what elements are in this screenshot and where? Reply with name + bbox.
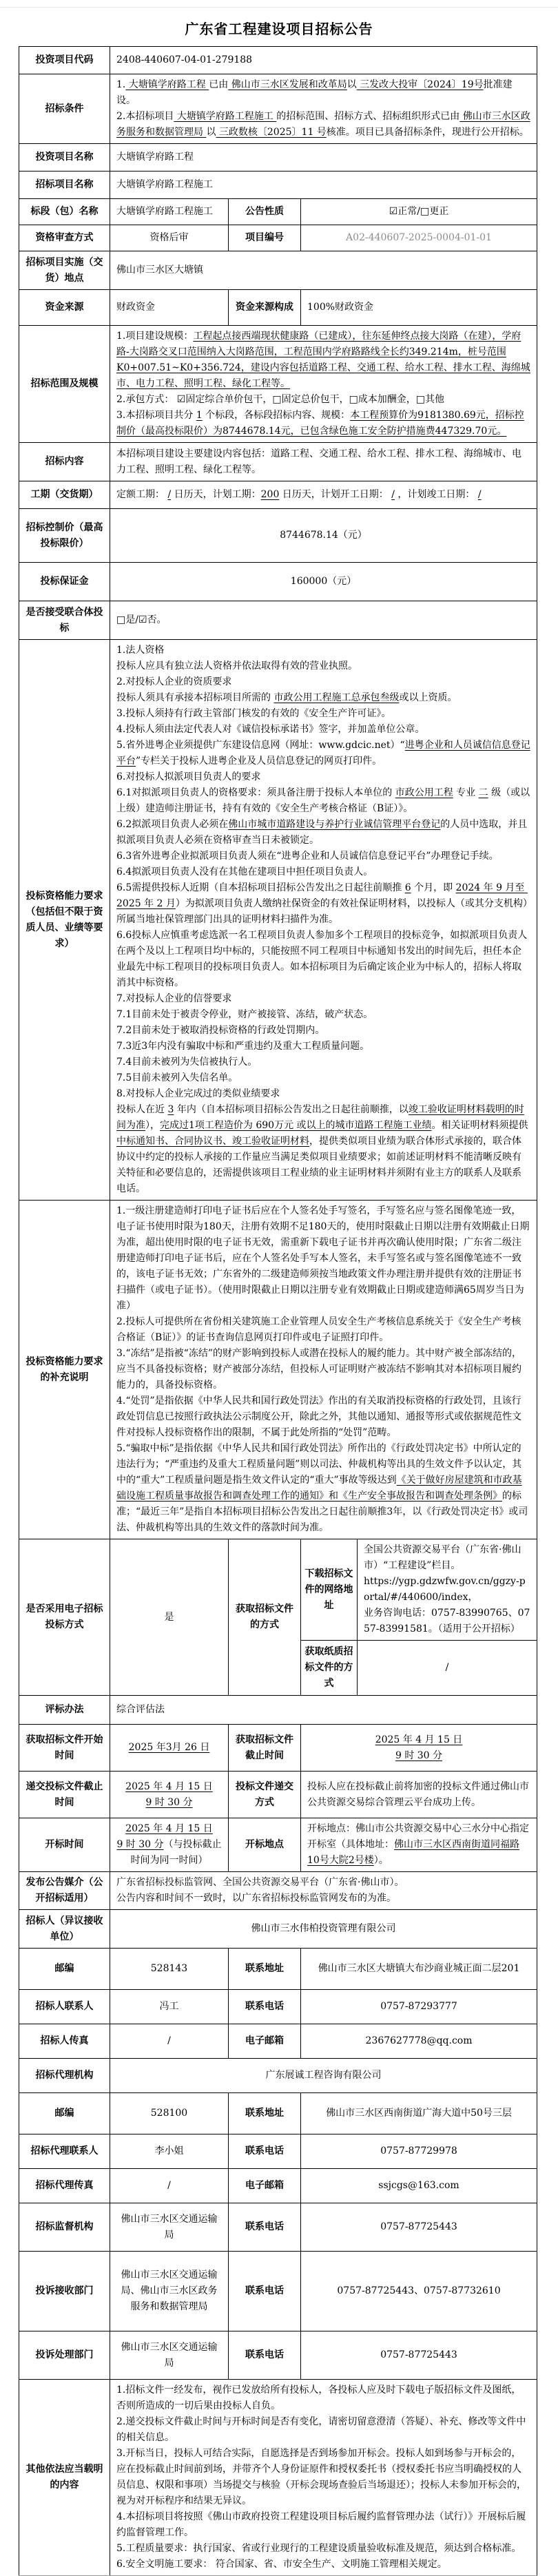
- value-announcement-nature: ☑正常/□更正: [301, 199, 537, 225]
- row-supervision: 招标监督机构 佛山市三水区交通运输局 联系电话 0757-87725443: [19, 2203, 537, 2252]
- label-qualification-method: 资格审查方式: [19, 225, 110, 251]
- label-submission-method: 投标文件递交方式: [229, 1772, 301, 1818]
- label-tender-content: 招标内容: [19, 443, 110, 481]
- value-electronic-bidding: 是: [110, 1539, 229, 1696]
- label-supervision-phone: 联系电话: [229, 2203, 301, 2252]
- value-project-number: A02-440607-2025-0004-01-01: [301, 225, 537, 251]
- label-doc-obtain-start: 获取招标文件开始时间: [19, 1725, 110, 1772]
- row-tender-conditions: 招标条件 1. 大塘镇学府路工程 已由 佛山市三水区发展和改革局以 三发改大投审…: [19, 74, 537, 144]
- row-investment-project-name: 投资项目名称 大塘镇学府路工程: [19, 144, 537, 172]
- row-supplementary-notes: 投标资格能力要求的补充说明 1.一级注册建造师打印电子证书后应在个人签名处手写签…: [19, 1201, 537, 1539]
- value-tenderer-fax: /: [110, 2024, 229, 2059]
- value-qualification-method: 资格后审: [110, 225, 229, 251]
- label-funding-composition: 资金来源构成: [229, 290, 301, 326]
- value-doc-obtain-end: 2025 年 4 月 15 日 9 时 30 分: [301, 1725, 537, 1772]
- value-tenderer-email: 2367627778@qq.com: [301, 2024, 537, 2059]
- value-bid-opening-time: 2025 年 4 月 15 日 9 时 30 分（与投标截止时间为同一时间）: [110, 1818, 229, 1872]
- label-qualification-requirements: 投标资格能力要求（包括但不限于资质人员、业绩等要求）: [19, 640, 110, 1201]
- value-paper-doc-method: /: [358, 1641, 537, 1696]
- label-tenderer-email: 电子邮箱: [229, 2024, 301, 2059]
- value-scope-scale: 1.项目建设规模：工程起点接西端现状健康路（已建成），往东延伸终点接大岗路（在建…: [110, 326, 537, 443]
- label-download-address: 下载招标文件的网络地址: [301, 1539, 358, 1641]
- row-other-content: 其他依法应当载明的内容 1.招标文件一经发布，视作已发放给所有投标人，各投标人应…: [19, 2380, 537, 2576]
- value-announcement-media: 广东省招标投标监管网、全国公共资源交易平台（广东省·佛山市）。 公告内容和时间不…: [110, 1872, 537, 1910]
- value-tenderer: 佛山市三水伟柏投资管理有限公司: [110, 1910, 537, 1949]
- row-funding-source: 资金来源 财政资金 资金来源构成 100%财政资金: [19, 290, 537, 326]
- label-agency-email: 电子邮箱: [229, 2169, 301, 2203]
- label-tenderer-address: 联系地址: [229, 1949, 301, 1990]
- label-supplementary-notes: 投标资格能力要求的补充说明: [19, 1201, 110, 1539]
- row-scope-scale: 招标范围及规模 1.项目建设规模：工程起点接西端现状健康路（已建成），往东延伸终…: [19, 326, 537, 443]
- row-electronic-bidding: 是否采用电子招标投标方式 是 获取招标文件的方式 下载招标文件的网络地址 全国公…: [19, 1539, 537, 1641]
- row-tenderer-fax: 招标人传真 / 电子邮箱 2367627778@qq.com: [19, 2024, 537, 2059]
- row-project-code: 投资项目代码 2408-440607-04-01-279188: [19, 47, 537, 74]
- label-supervision: 招标监督机构: [19, 2203, 110, 2252]
- label-investment-project-name: 投资项目名称: [19, 144, 110, 172]
- label-tenderer-contact: 招标人联系人: [19, 1990, 110, 2024]
- value-complaint-handling: 佛山市三水区交通运输局: [110, 2331, 229, 2380]
- value-tenderer-address: 佛山市三水区大塘镇大布沙商业城正面二层201: [301, 1949, 537, 1990]
- value-download-address: 全国公共资源交易平台（广东省·佛山市）“工程建设”栏目。 https://ygp…: [358, 1539, 537, 1641]
- row-tenderer: 招标人（异议接收单位） 佛山市三水伟柏投资管理有限公司: [19, 1910, 537, 1949]
- value-supervision: 佛山市三水区交通运输局: [110, 2203, 229, 2252]
- row-qualification-requirements: 投标资格能力要求（包括但不限于资质人员、业绩等要求） 1.法人资格 投标人应具有…: [19, 640, 537, 1201]
- value-submission-method: 投标人应在投标截止前将加密的投标文件通过佛山市公共资源交易综合管理云平台成功上传…: [301, 1772, 537, 1818]
- row-tenderer-contact: 招标人联系人 冯工 联系电话 0757-87293777: [19, 1990, 537, 2024]
- label-doc-obtain-end: 获取招标文件截止时间: [229, 1725, 301, 1772]
- label-submission-deadline: 递交投标文件截止时间: [19, 1772, 110, 1818]
- label-agency-fax: 招标代理传真: [19, 2169, 110, 2203]
- label-tenderer-fax: 招标人传真: [19, 2024, 110, 2059]
- label-complaint-reception: 投诉接收部门: [19, 2252, 110, 2331]
- label-complaint-handling: 投诉处理部门: [19, 2331, 110, 2380]
- label-announcement-media: 发布公告媒介（公开招标适用）: [19, 1872, 110, 1910]
- label-paper-doc-method: 获取纸质招标文件的方式: [301, 1641, 358, 1696]
- label-consortium: 是否接受联合体投标: [19, 601, 110, 640]
- value-tenderer-postcode: 528143: [110, 1949, 229, 1990]
- label-agency: 招标代理机构: [19, 2059, 110, 2093]
- label-other-content: 其他依法应当载明的内容: [19, 2380, 110, 2576]
- label-section-package: 标段（包）名称: [19, 199, 110, 225]
- label-complaint-handling-phone: 联系电话: [229, 2331, 301, 2380]
- value-agency-postcode: 528100: [110, 2093, 229, 2134]
- label-electronic-bidding: 是否采用电子招标投标方式: [19, 1539, 110, 1696]
- value-implementation-location: 佛山市三水区大塘镇: [110, 251, 537, 290]
- label-tender-project-name: 招标项目名称: [19, 172, 110, 199]
- value-agency-phone: 0757-87729978: [301, 2134, 537, 2169]
- value-tender-content: 本招标项目建设主要建设内容包括：道路工程、交通工程、给水工程、排水工程、海绵城市…: [110, 443, 537, 481]
- value-supervision-phone: 0757-87725443: [301, 2203, 537, 2252]
- tender-announcement-table: 投资项目代码 2408-440607-04-01-279188 招标条件 1. …: [19, 46, 537, 2576]
- row-construction-period: 工期（交货期） 定额工期： / 日历天，计划工期：200 日历天，计划开工日期：…: [19, 481, 537, 509]
- row-agency-postcode: 邮编 528100 联系地址 佛山市三水区西南街道广海大道中50号三层: [19, 2093, 537, 2134]
- value-investment-project-name: 大塘镇学府路工程: [110, 144, 537, 172]
- value-supplementary-notes: 1.一级注册建造师打印电子证书后应在个人签名处手写签名，手写签名应与签名图像笔迹…: [110, 1201, 537, 1539]
- value-agency-contact: 李小姐: [110, 2134, 229, 2169]
- value-agency-email: ssjcgs@163.com: [301, 2169, 537, 2203]
- row-evaluation-method: 评标办法 综合评估法: [19, 1696, 537, 1725]
- label-doc-obtain-method: 获取招标文件的方式: [229, 1539, 301, 1696]
- row-agency-contact: 招标代理联系人 李小姐 联系电话 0757-87729978: [19, 2134, 537, 2169]
- row-doc-obtain-time: 获取招标文件开始时间 2025 年3月 26 日 获取招标文件截止时间 2025…: [19, 1725, 537, 1772]
- row-complaint-handling: 投诉处理部门 佛山市三水区交通运输局 联系电话 0757-87725443: [19, 2331, 537, 2380]
- value-doc-obtain-start: 2025 年3月 26 日: [110, 1725, 229, 1772]
- label-tenderer: 招标人（异议接收单位）: [19, 1910, 110, 1949]
- label-tenderer-phone: 联系电话: [229, 1990, 301, 2024]
- value-complaint-reception: 佛山市三水区交通运输局、佛山市三水区政务服务和数据管理局: [110, 2252, 229, 2331]
- value-agency-fax: /: [110, 2169, 229, 2203]
- value-section-package: 大塘镇学府路工程施工: [110, 199, 229, 225]
- value-bid-bond: 160000（元）: [110, 563, 537, 601]
- value-consortium: □是/☑否。: [110, 601, 537, 640]
- value-construction-period: 定额工期： / 日历天，计划工期：200 日历天，计划开工日期： / ，计划竣工…: [110, 481, 537, 509]
- value-funding-source: 财政资金: [110, 290, 229, 326]
- row-agency-fax: 招标代理传真 / 电子邮箱 ssjcgs@163.com: [19, 2169, 537, 2203]
- row-qualification-method: 资格审查方式 资格后审 项目编号 A02-440607-2025-0004-01…: [19, 225, 537, 251]
- label-agency-contact: 招标代理联系人: [19, 2134, 110, 2169]
- row-announcement-media: 发布公告媒介（公开招标适用） 广东省招标投标监管网、全国公共资源交易平台（广东省…: [19, 1872, 537, 1910]
- label-tenderer-postcode: 邮编: [19, 1949, 110, 1990]
- row-tender-project-name: 招标项目名称 大塘镇学府路工程施工: [19, 172, 537, 199]
- value-project-code: 2408-440607-04-01-279188: [110, 47, 537, 74]
- page-top-divider: [0, 7, 558, 8]
- label-evaluation-method: 评标办法: [19, 1696, 110, 1725]
- label-tender-conditions: 招标条件: [19, 74, 110, 144]
- row-complaint-reception: 投诉接收部门 佛山市三水区交通运输局、佛山市三水区政务服务和数据管理局 联系电话…: [19, 2252, 537, 2331]
- label-construction-period: 工期（交货期）: [19, 481, 110, 509]
- label-implementation-location: 招标项目实施（交货）地点: [19, 251, 110, 290]
- label-control-price: 招标控制价（最高投标限价）: [19, 509, 110, 563]
- value-other-content: 1.招标文件一经发布，视作已发放给所有投标人，各投标人应及时下载电子版招标文件及…: [110, 2380, 537, 2576]
- value-control-price: 8744678.14（元）: [110, 509, 537, 563]
- value-submission-deadline: 2025 年 4 月 15 日 9 时 30 分: [110, 1772, 229, 1818]
- label-project-code: 投资项目代码: [19, 47, 110, 74]
- row-tenderer-postcode: 邮编 528143 联系地址 佛山市三水区大塘镇大布沙商业城正面二层201: [19, 1949, 537, 1990]
- label-agency-phone: 联系电话: [229, 2134, 301, 2169]
- value-complaint-handling-phone: 0757-87725443: [301, 2331, 537, 2380]
- value-agency-address: 佛山市三水区西南街道广海大道中50号三层: [301, 2093, 537, 2134]
- label-agency-postcode: 邮编: [19, 2093, 110, 2134]
- label-agency-address: 联系地址: [229, 2093, 301, 2134]
- value-funding-composition: 100%财政资金: [301, 290, 537, 326]
- row-agency: 招标代理机构 广东展诚工程咨询有限公司: [19, 2059, 537, 2093]
- label-bid-opening-time: 开标时间: [19, 1818, 110, 1872]
- value-evaluation-method: 综合评估法: [110, 1696, 537, 1725]
- row-tender-content: 招标内容 本招标项目建设主要建设内容包括：道路工程、交通工程、给水工程、排水工程…: [19, 443, 537, 481]
- row-bid-opening: 开标时间 2025 年 4 月 15 日 9 时 30 分（与投标截止时间为同一…: [19, 1818, 537, 1872]
- row-section-package: 标段（包）名称 大塘镇学府路工程施工 公告性质 ☑正常/□更正: [19, 199, 537, 225]
- row-consortium: 是否接受联合体投标 □是/☑否。: [19, 601, 537, 640]
- value-tender-project-name: 大塘镇学府路工程施工: [110, 172, 537, 199]
- label-announcement-nature: 公告性质: [229, 199, 301, 225]
- value-agency: 广东展诚工程咨询有限公司: [110, 2059, 537, 2093]
- row-bid-bond: 投标保证金 160000（元）: [19, 563, 537, 601]
- label-project-number: 项目编号: [229, 225, 301, 251]
- label-scope-scale: 招标范围及规模: [19, 326, 110, 443]
- row-submission-deadline: 递交投标文件截止时间 2025 年 4 月 15 日 9 时 30 分 投标文件…: [19, 1772, 537, 1818]
- value-qualification-requirements: 1.法人资格 投标人应具有独立法人资格并依法取得有效的营业执照。 2.对投标人企…: [110, 640, 537, 1201]
- row-implementation-location: 招标项目实施（交货）地点 佛山市三水区大塘镇: [19, 251, 537, 290]
- value-complaint-reception-phone: 0757-87725443、0757-87732610: [301, 2252, 537, 2331]
- value-bid-opening-place: 开标地点：佛山市公共资源交易中心三水分中心指定开标室（具体地址：佛山市三水区西南…: [301, 1818, 537, 1872]
- label-bid-opening-place: 开标地点: [229, 1818, 301, 1872]
- label-funding-source: 资金来源: [19, 290, 110, 326]
- value-tenderer-contact: 冯工: [110, 1990, 229, 2024]
- value-tender-conditions: 1. 大塘镇学府路工程 已由 佛山市三水区发展和改革局以 三发改大投审〔2024…: [110, 74, 537, 144]
- label-bid-bond: 投标保证金: [19, 563, 110, 601]
- row-control-price: 招标控制价（最高投标限价） 8744678.14（元）: [19, 509, 537, 563]
- value-tenderer-phone: 0757-87293777: [301, 1990, 537, 2024]
- label-complaint-reception-phone: 联系电话: [229, 2252, 301, 2331]
